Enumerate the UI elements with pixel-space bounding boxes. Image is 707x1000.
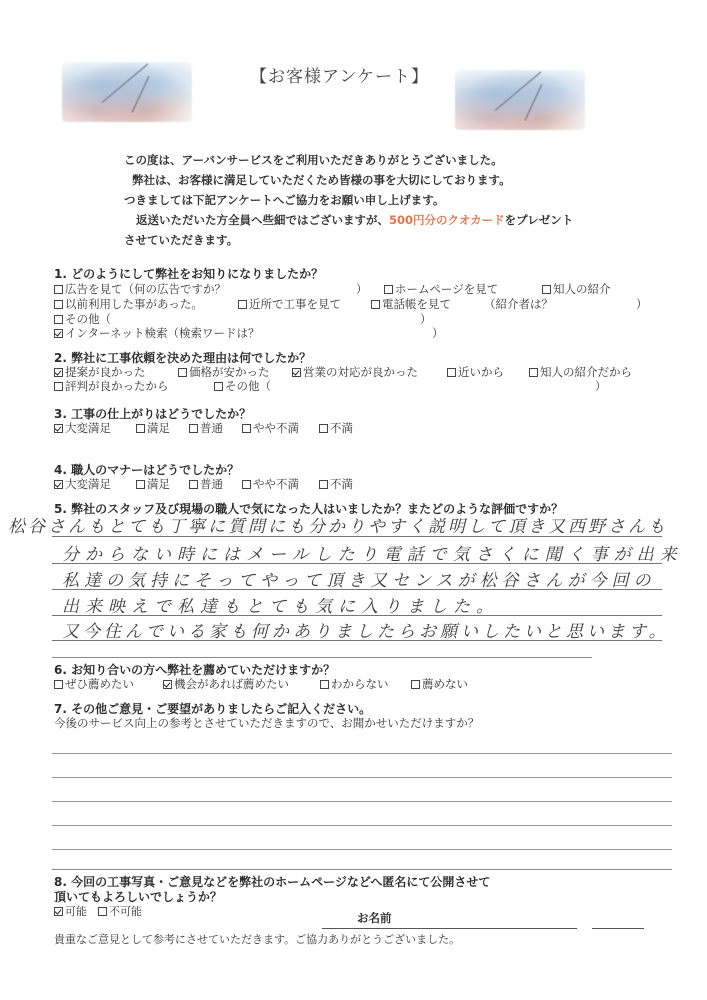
name-field-line-end [592,928,644,929]
checkbox-icon[interactable] [319,480,328,489]
checkbox-icon[interactable] [189,424,198,433]
q5-handwritten-line-1: 松谷さんもとても丁寧に質問にも分かりやすく説明して頂き又西野さんも [8,512,668,537]
checkbox-icon[interactable] [54,382,63,391]
intro-text: この度は、アーバンサービスをご利用いただきありがとうございました。 弊社は、お客… [124,150,573,250]
q4-option-somewhat-dissatisfied[interactable]: やや不満 [242,476,299,492]
q5-answer-line-5 [52,640,662,641]
checkbox-checked-icon[interactable] [54,368,63,377]
q7-answer-line-2[interactable] [52,777,672,778]
checkbox-icon[interactable] [136,480,145,489]
q5-answer-line-2 [52,563,662,564]
checkbox-checked-icon[interactable] [54,480,63,489]
checkbox-checked-icon[interactable] [54,424,63,433]
q3-option-satisfied[interactable]: 満足 [136,420,170,436]
q2-close-paren: ） [595,378,607,394]
q1-close-paren-2: ） [636,296,648,312]
q5-answer-line-1 [52,536,662,537]
q7-answer-line-5[interactable] [52,849,672,850]
intro-line-5: させていただきます。 [124,230,573,250]
checkbox-icon[interactable] [542,285,551,294]
cherry-blossom-image-right [455,70,585,130]
q4-option-dissatisfied[interactable]: 不満 [319,476,353,492]
q6-option-if-chance[interactable]: 機会があれば薦めたい [163,676,289,692]
q2-option-friend[interactable]: 知人の紹介だから [529,364,632,380]
intro-line-4: 返送いただいた方全員へ些細ではございますが、500円分のクオカードをプレゼント [124,210,573,230]
checkbox-icon[interactable] [320,680,329,689]
q5-handwritten-line-3: 私達の気持にそってやって頂き又センスが松谷さんが今回の [62,566,656,591]
thanks-message: 貴重なご意見として参考にさせていただきます。ご協力ありがとうございました。 [54,931,460,947]
q5-handwritten-line-5: 又今住んでいる家も何かありましたらお願いしたいと思います。 [62,617,670,642]
checkbox-icon[interactable] [54,285,63,294]
q7-answer-line-1[interactable] [52,753,672,754]
checkbox-icon[interactable] [54,300,63,309]
checkbox-icon[interactable] [411,680,420,689]
section-divider [52,657,592,658]
q1-option-internet[interactable]: インターネット検索（検索ワードは？ [54,325,259,341]
checkbox-icon[interactable] [242,424,251,433]
q1-option-homepage[interactable]: ホームページを見て [384,281,498,297]
checkbox-icon[interactable] [98,907,107,916]
q1-option-friend[interactable]: 知人の紹介 [542,281,611,297]
q1-close-paren-1: ） [356,281,368,297]
checkbox-icon[interactable] [242,480,251,489]
q5-handwritten-line-4: 出来映えで私達もとても気に入りました。 [62,592,499,617]
checkbox-icon[interactable] [447,368,456,377]
checkbox-checked-icon[interactable] [292,368,301,377]
intro-line-2: 弊社は、お客様に満足していただくため皆様の事を大切にしております。 [124,170,573,190]
q4-option-satisfied[interactable]: 満足 [136,476,170,492]
q6-option-definitely[interactable]: ぜひ薦めたい [54,676,134,692]
checkbox-icon[interactable] [214,382,223,391]
q7-answer-line-4[interactable] [52,825,672,826]
q1-question: 1. どのようにして弊社をお知りになりましたか？ [54,265,323,282]
q4-option-normal[interactable]: 普通 [189,476,223,492]
checkbox-icon[interactable] [384,285,393,294]
intro-line-3: つきましては下記アンケートへご協力をお願い申し上げます。 [124,190,573,210]
checkbox-icon[interactable] [178,368,187,377]
q2-option-other[interactable]: その他（ [214,378,271,394]
q1-option-phonebook[interactable]: 電話帳を見て [371,296,451,312]
q3-option-somewhat-dissatisfied[interactable]: やや不満 [242,420,299,436]
checkbox-icon[interactable] [54,315,63,324]
page-title: 【お客様アンケート】 [250,62,429,87]
q1-option-previous[interactable]: 以前利用した事があった。 [54,296,203,312]
q1-referrer-label: （紹介者は？ [484,296,553,312]
checkbox-icon[interactable] [371,300,380,309]
q3-option-dissatisfied[interactable]: 不満 [319,420,353,436]
cherry-blossom-image-left [62,62,192,122]
q5-answer-line-4 [52,615,662,616]
q5-answer-line-3 [52,589,662,590]
q2-option-sales[interactable]: 営業の対応が良かった [292,364,418,380]
section-divider-2 [52,869,672,870]
name-field-line[interactable] [322,928,577,929]
checkbox-icon[interactable] [136,424,145,433]
q3-option-very-satisfied[interactable]: 大変満足 [54,420,111,436]
checkbox-icon[interactable] [319,424,328,433]
quo-card-highlight: 500円分のクオカード [389,213,505,227]
q2-option-near[interactable]: 近いから [447,364,504,380]
checkbox-checked-icon[interactable] [163,680,172,689]
checkbox-icon[interactable] [238,300,247,309]
q1-option-nearby[interactable]: 近所で工事を見て [238,296,341,312]
checkbox-icon[interactable] [189,480,198,489]
intro-line-1: この度は、アーバンサービスをご利用いただきありがとうございました。 [124,150,573,170]
q2-option-reputation[interactable]: 評判が良かったから [54,378,169,394]
q1-close-paren-3: ） [420,311,432,327]
q1-close-paren-4: ） [432,325,444,341]
q3-option-normal[interactable]: 普通 [189,420,223,436]
q8-option-not-possible[interactable]: 不可能 [98,903,142,919]
q7-subtext: 今後のサービス向上の参考とさせていただきますので、お聞かせいただけますか？ [54,715,479,731]
q5-handwritten-line-2: 分からない時にはメールしたり電話で気さくに聞く事が出来 [62,540,683,565]
checkbox-checked-icon[interactable] [54,907,63,916]
q6-option-unsure[interactable]: わからない [320,676,389,692]
name-label: お名前 [357,910,392,926]
q8-option-possible[interactable]: 可能 [54,903,87,919]
q4-option-very-satisfied[interactable]: 大変満足 [54,476,111,492]
checkbox-icon[interactable] [54,680,63,689]
q7-answer-line-3[interactable] [52,801,672,802]
checkbox-checked-icon[interactable] [54,329,63,338]
checkbox-icon[interactable] [529,368,538,377]
q6-option-no[interactable]: 薦めない [411,676,468,692]
q1-option-ad[interactable]: 広告を見て（何の広告ですか？ [54,281,226,297]
